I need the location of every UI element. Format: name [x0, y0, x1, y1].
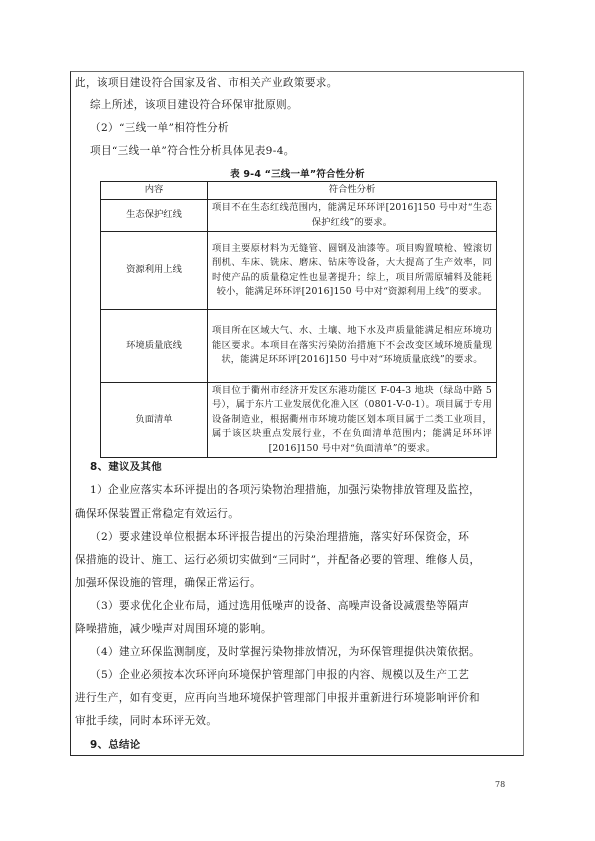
- row-analysis: 项目所在区域大气、水、土壤、地下水及声质量能满足相应环境功能区要求。本项目在落实…: [208, 310, 497, 383]
- para-line: （2）要求建设单位根据本环评报告提出的污染治理措施，落实好环保资金，环: [90, 530, 469, 544]
- header-analysis: 符合性分析: [208, 182, 497, 200]
- table-caption: 表 9-4 “三线一单”符合性分析: [0, 166, 595, 180]
- intro-line-2: 综上所述，该项目建设符合环保审批原则。: [90, 98, 298, 112]
- table-header-row: 内容 符合性分析: [101, 182, 497, 200]
- intro-line-4: 项目“三线一单”符合性分析具体见表9-4。: [90, 144, 295, 158]
- row-analysis: 项目主要原材料为无缝管、圆钢及油漆等。项目购置喷枪、镗滚切削机、车床、铣床、磨床…: [208, 232, 497, 310]
- para-line: （5）企业必须按本次环评向环境保护管理部门申报的内容、规模以及生产工艺: [90, 668, 469, 682]
- section-8-heading: 8、建议及其他: [90, 460, 162, 474]
- header-content: 内容: [101, 182, 208, 200]
- table-row: 环境质量底线 项目所在区域大气、水、土壤、地下水及声质量能满足相应环境功能区要求…: [101, 310, 497, 383]
- row-item: 资源利用上线: [101, 232, 208, 310]
- para-line: 1）企业应落实本环评提出的各项污染物治理措施，加强污染物排放管理及监控，: [90, 483, 480, 497]
- table-row: 负面清单 项目位于衢州市经济开发区东港功能区 F-04-3 地块（绿岛中路 5 …: [101, 383, 497, 458]
- row-analysis: 项目位于衢州市经济开发区东港功能区 F-04-3 地块（绿岛中路 5 号），属于…: [208, 383, 497, 458]
- para-line: 确保环保装置正常稳定有效运行。: [75, 507, 239, 521]
- row-item: 环境质量底线: [101, 310, 208, 383]
- para-line: （4）建立环保监测制度，及时掌握污染物排放情况，为环保管理提供决策依据。: [90, 645, 480, 659]
- para-line: 降噪措施，减少噪声对周围环境的影响。: [75, 622, 272, 636]
- section-9-heading: 9、总结论: [90, 738, 141, 752]
- para-line: （3）要求优化企业布局，通过选用低噪声的设备、高噪声设备设减震垫等隔声: [90, 599, 469, 613]
- para-line: 审批手续，同时本环评无效。: [75, 714, 217, 728]
- page-number: 78: [495, 780, 505, 789]
- para-line: 保措施的设计、施工、运行必须切实做到“三同时”，并配备必要的管理、维修人员，: [75, 553, 481, 567]
- row-item: 负面清单: [101, 383, 208, 458]
- intro-line-1: 此，该项目建设符合国家及省、市相关产业政策要求。: [75, 76, 338, 90]
- para-line: 进行生产，如有变更，应再向当地环境保护管理部门申报并重新进行环境影响评价和: [75, 691, 480, 705]
- subsection-heading-three-lines: （2）“三线一单”相符性分析: [90, 121, 229, 135]
- table-row: 资源利用上线 项目主要原材料为无缝管、圆钢及油漆等。项目购置喷枪、镗滚切削机、车…: [101, 232, 497, 310]
- para-line: 加强环保设施的管理，确保正常运行。: [75, 576, 261, 590]
- row-item: 生态保护红线: [101, 200, 208, 232]
- table-row: 生态保护红线 项目不在生态红线范围内，能满足环环评[2016]150 号中对“生…: [101, 200, 497, 232]
- compliance-table: 内容 符合性分析 生态保护红线 项目不在生态红线范围内，能满足环环评[2016]…: [100, 181, 497, 458]
- row-analysis: 项目不在生态红线范围内，能满足环环评[2016]150 号中对“生态保护红线”的…: [208, 200, 497, 232]
